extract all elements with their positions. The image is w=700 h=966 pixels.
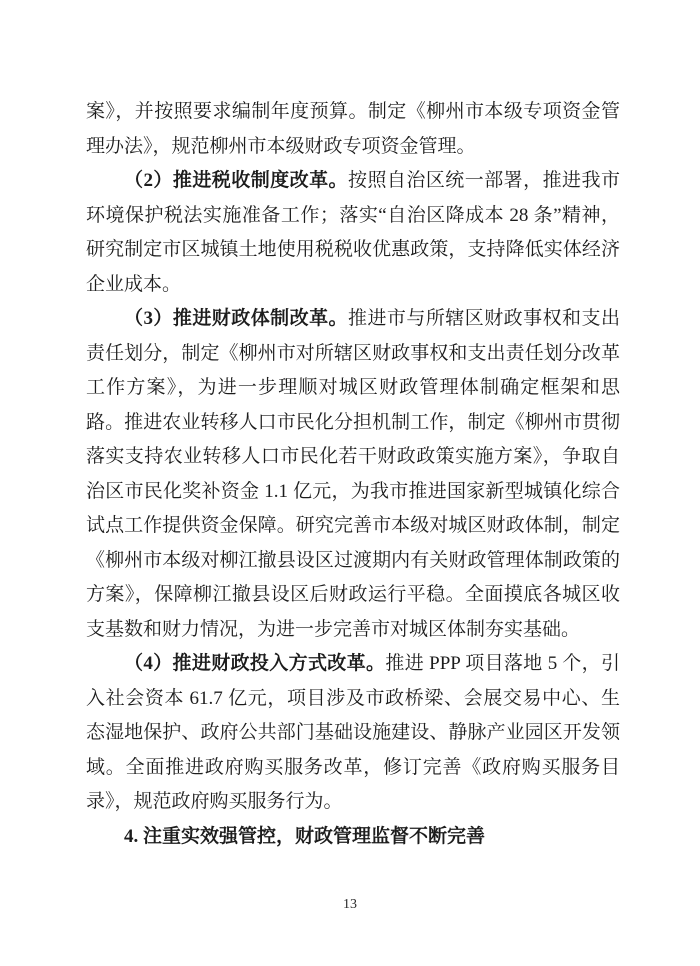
paragraph-text: 推进 PPP 项目落地 5 个，引入社会资本 61.7 亿元，项目涉及市政桥梁、… <box>86 653 620 812</box>
paragraph: （3）推进财政体制改革。推进市与所辖区财政事权和支出责任划分，制定《柳州市对所辖… <box>86 302 620 647</box>
paragraph: （2）推进税收制度改革。按照自治区统一部署，推进我市环境保护税法实施准备工作；落… <box>86 164 620 302</box>
page-number: 13 <box>0 896 700 914</box>
paragraph-lead: （2）推进税收制度改革。 <box>124 170 348 191</box>
paragraph-text: 案》，并按照要求编制年度预算。制定《柳州市本级专项资金管理办法》，规范柳州市本级… <box>86 101 620 157</box>
paragraph-lead: （4）推进财政投入方式改革。 <box>124 653 385 674</box>
document-body: 案》，并按照要求编制年度预算。制定《柳州市本级专项资金管理办法》，规范柳州市本级… <box>86 95 620 854</box>
section-heading: 4. 注重实效强管控，财政管理监督不断完善 <box>86 820 620 855</box>
paragraph-lead: （3）推进财政体制改革。 <box>124 308 348 329</box>
document-page: 案》，并按照要求编制年度预算。制定《柳州市本级专项资金管理办法》，规范柳州市本级… <box>0 0 700 966</box>
paragraph: 案》，并按照要求编制年度预算。制定《柳州市本级专项资金管理办法》，规范柳州市本级… <box>86 95 620 164</box>
paragraph-text: 推进市与所辖区财政事权和支出责任划分，制定《柳州市对所辖区财政事权和支出责任划分… <box>86 308 620 640</box>
paragraph: （4）推进财政投入方式改革。推进 PPP 项目落地 5 个，引入社会资本 61.… <box>86 647 620 820</box>
